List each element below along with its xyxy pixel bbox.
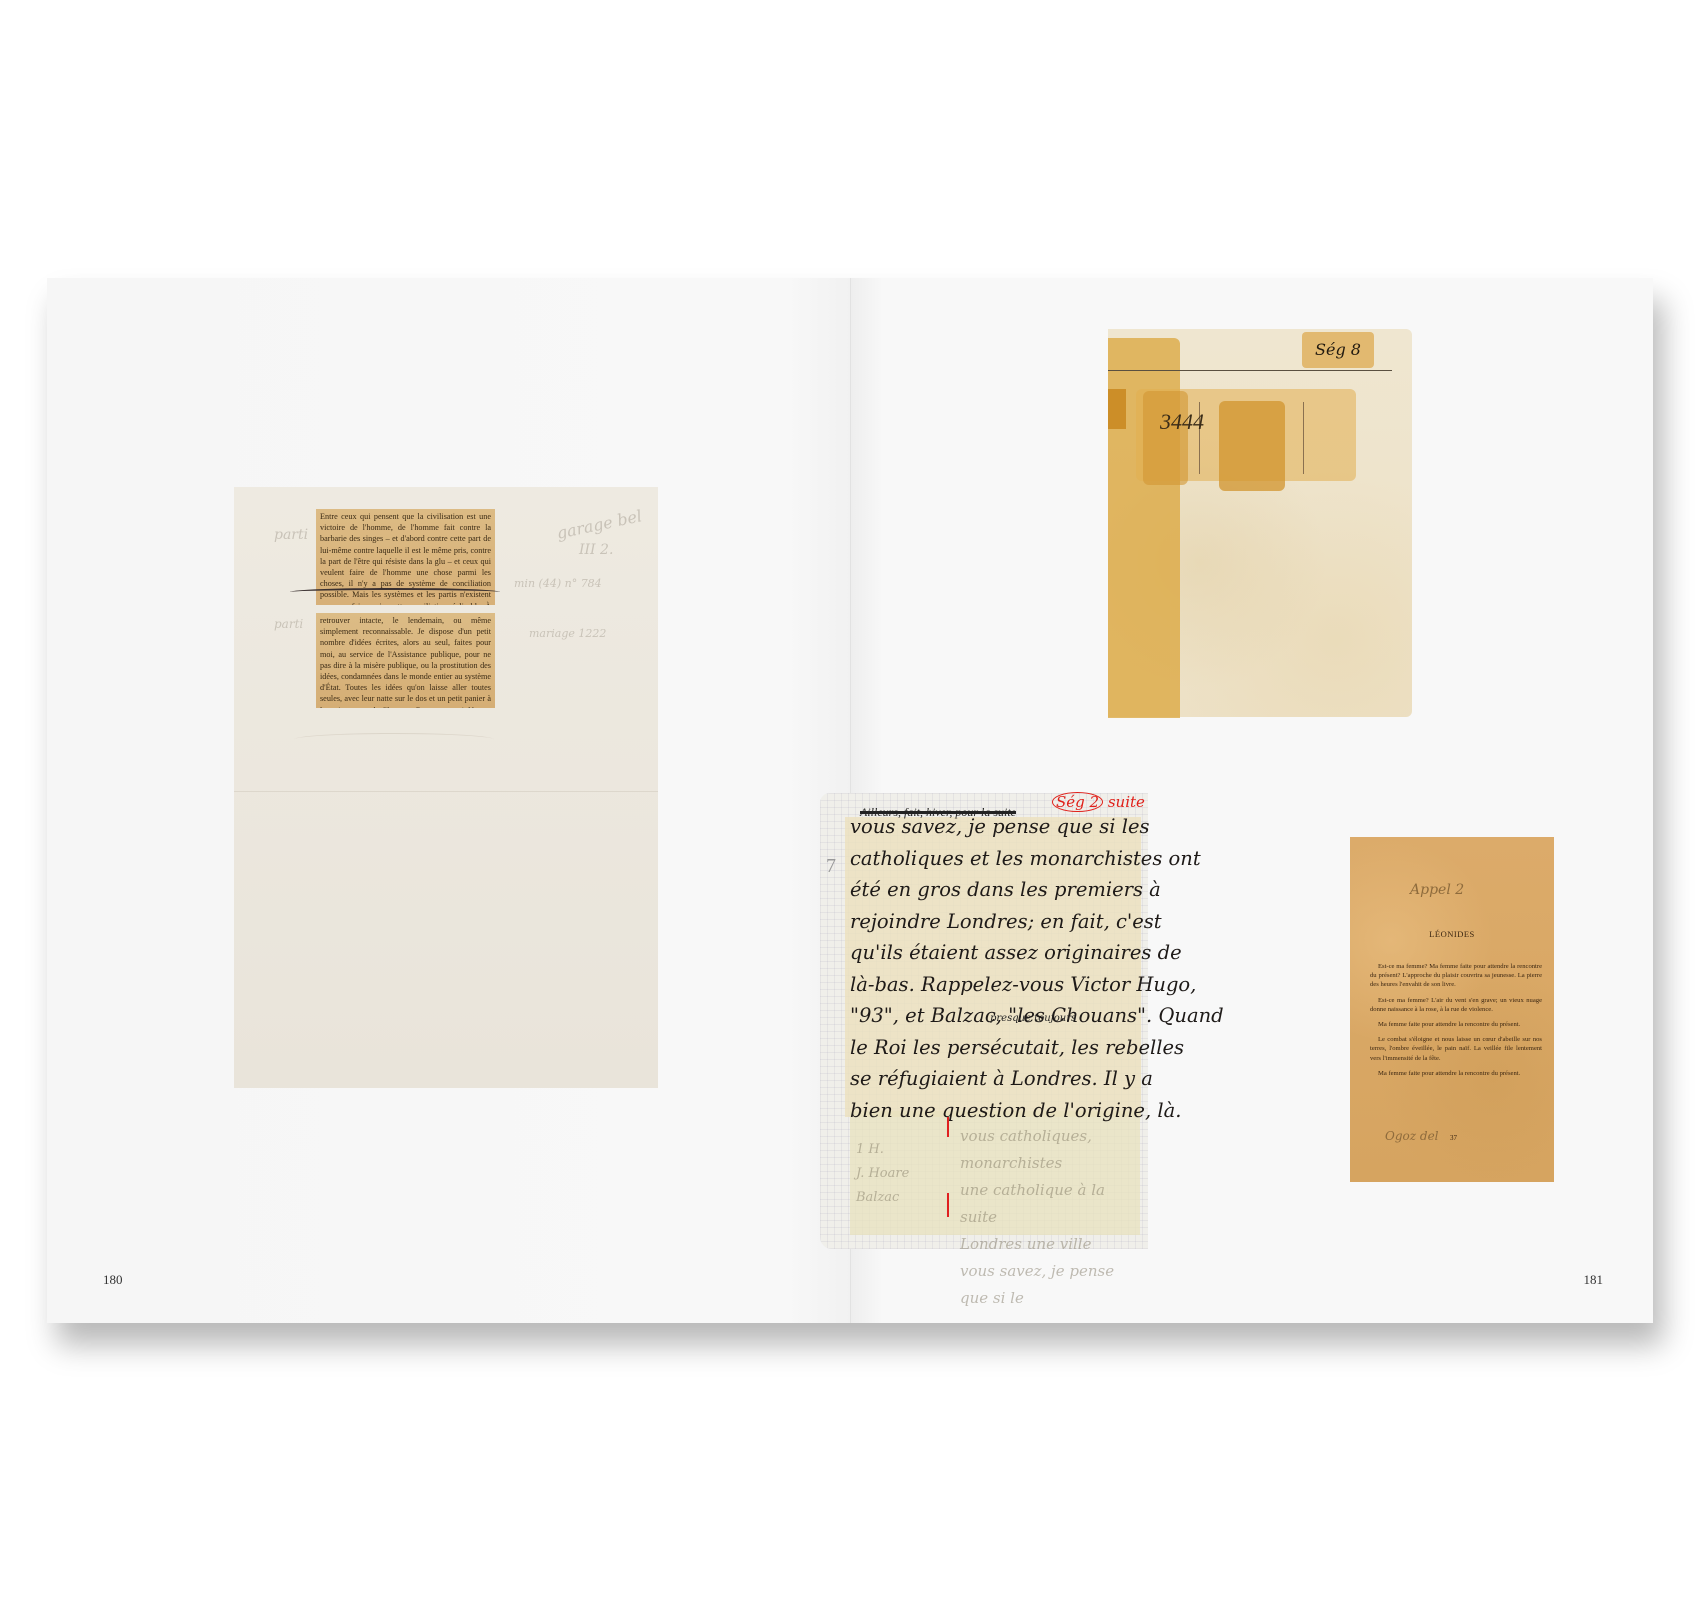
faint-line: vous savez, je pense que si le — [960, 1258, 1130, 1312]
hand-line: catholiques et les monarchistes ont — [850, 843, 1140, 875]
book-spread: parti parti garage bel III 2. min (44) n… — [47, 278, 1653, 1323]
hand-line: le Roi les persécutait, les rebelles — [850, 1032, 1140, 1064]
left-page: parti parti garage bel III 2. min (44) n… — [47, 278, 851, 1323]
poem-body: Est-ce ma femme? Ma femme faite pour att… — [1370, 962, 1542, 1084]
hand-line: là-bas. Rappelez-vous Victor Hugo, — [850, 969, 1140, 1001]
poem-paragraph: Ma femme faite pour attendre la rencontr… — [1370, 1069, 1542, 1078]
pencil-note: mariage 1222 — [529, 627, 606, 640]
pencil-box — [1199, 402, 1304, 474]
pencil-note: parti — [274, 617, 303, 631]
faint-line: vous catholiques, monarchistes — [960, 1123, 1130, 1177]
tape-strip — [1143, 391, 1188, 485]
hand-line: été en gros dans les premiers à — [850, 874, 1140, 906]
collage-sheet-left: parti parti garage bel III 2. min (44) n… — [234, 487, 658, 1088]
tape-strip — [1108, 389, 1126, 429]
faint-underlying-text: vous catholiques, monarchistes une catho… — [960, 1123, 1130, 1312]
red-mark — [947, 1117, 949, 1137]
ink-scribble: 3444 — [1160, 409, 1204, 435]
pencil-note: garage bel — [555, 506, 644, 543]
faint-left-notes: 1 H. J. Hoare Balzac — [856, 1138, 909, 1210]
poem-title: LÉONIDES — [1350, 929, 1554, 939]
pencil-note: Appel 2 — [1410, 882, 1464, 898]
folder-label: Ség 8 — [1302, 332, 1374, 368]
hand-line: qu'ils étaient assez originaires de — [850, 937, 1140, 969]
hand-line: se réfugiaient à Londres. Il y a — [850, 1063, 1140, 1095]
faint-line: J. Hoare — [856, 1162, 909, 1186]
poem-paragraph: Ma femme faite pour attendre la rencontr… — [1370, 1020, 1542, 1029]
page-number-right: 181 — [1584, 1272, 1604, 1288]
printed-page-number: 37 — [1450, 1134, 1457, 1142]
hand-line: vous savez, je pense que si les — [850, 811, 1140, 843]
hand-line: bien une question de l'origine, là. — [850, 1095, 1140, 1127]
faint-line: Londres une ville — [960, 1231, 1130, 1258]
hand-line: rejoindre Londres; en fait, c'est — [850, 906, 1140, 938]
poem-paragraph: Est-ce ma femme? Ma femme faite pour att… — [1370, 962, 1542, 990]
faint-line: Balzac — [856, 1186, 909, 1210]
faint-line: une catholique à la suite — [960, 1177, 1130, 1231]
pencil-note: min (44) n° 784 — [514, 577, 602, 590]
red-annotation: Ség 2 suite — [1052, 793, 1145, 811]
folder-paper: Ség 8 3444 — [1108, 329, 1412, 717]
pencil-note: parti — [274, 527, 308, 543]
right-page: Ség 8 3444 Ailleurs, fait, hiver, pour l… — [851, 278, 1653, 1323]
red-note: suite — [1108, 793, 1145, 811]
newspaper-clipping: retrouver intacte, le lendemain, ou même… — [316, 613, 495, 708]
pencil-note: Ogoz del — [1385, 1129, 1439, 1143]
circled-note: Ség 2 — [1052, 792, 1103, 812]
insertion-note: presque toujours — [990, 1013, 1076, 1024]
rule-line — [1108, 370, 1392, 371]
poem-paragraph: Le combat s'éloigne et nous laisse un cœ… — [1370, 1035, 1542, 1063]
pencil-arc — [294, 733, 494, 746]
page-number-left: 180 — [103, 1272, 123, 1288]
fold-line — [234, 791, 658, 792]
ink-stroke — [290, 588, 500, 596]
handwritten-text: vous savez, je pense que si les catholiq… — [850, 811, 1140, 1126]
printed-page-leonides: Appel 2 LÉONIDES Est-ce ma femme? Ma fem… — [1350, 837, 1554, 1182]
handwritten-manuscript: Ailleurs, fait, hiver, pour la suite Ség… — [820, 793, 1148, 1249]
red-mark — [947, 1193, 949, 1217]
margin-number: 7 — [826, 855, 836, 878]
faint-line: 1 H. — [856, 1138, 909, 1162]
pencil-note: III 2. — [579, 542, 613, 558]
poem-paragraph: Est-ce ma femme? L'air du vent s'en grav… — [1370, 996, 1542, 1014]
